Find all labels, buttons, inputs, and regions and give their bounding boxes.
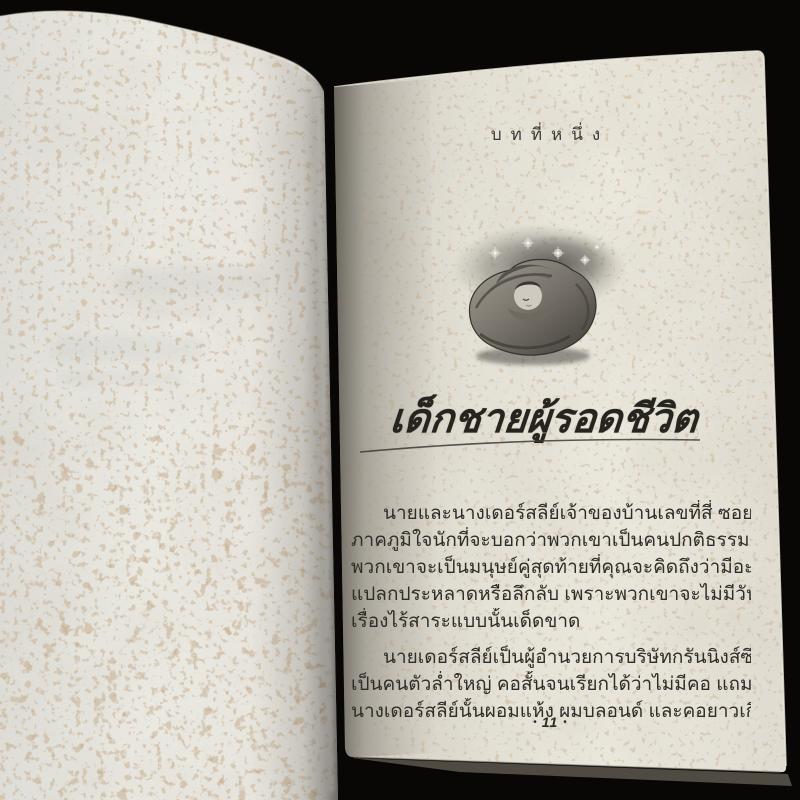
text-line: ภาคภูมิใจนักที่จะบอกว่าพวกเขาเป็นคนปกติธ…: [351, 527, 751, 554]
text-line: แปลกประหลาดหรือลึกลับ เพราะพวกเขาจะไม่มี…: [351, 581, 751, 608]
page-number-dot: •: [528, 717, 542, 728]
text-line: นายและนางเดอร์สลีย์เจ้าของบ้านเลขที่สี่ …: [351, 500, 751, 527]
book-photo: บทที่หนึ่ง เด็กชายผู้รอดชีวิต นายและนางเ…: [0, 0, 800, 800]
body-text: นายและนางเดอร์สลีย์เจ้าของบ้านเลขที่สี่ …: [351, 500, 751, 725]
text-line: เรื่องไร้สาระแบบนั้นเด็ดขาด: [351, 608, 751, 635]
page-number-dot: •: [558, 717, 572, 728]
left-page: [0, 11, 338, 800]
page-number-value: 11: [542, 714, 559, 730]
text-line: นายเดอร์สลีย์เป็นผู้อำนวยการบริษัทกรันนิ…: [351, 644, 751, 671]
title-underline: [352, 428, 708, 456]
chapter-header: บทที่หนึ่ง: [352, 121, 748, 148]
paragraph: นายเดอร์สลีย์เป็นผู้อำนวยการบริษัทกรันนิ…: [351, 644, 751, 725]
text-line: เป็นคนตัวล่ำใหญ่ คอสั้นจนเรียกได้ว่าไม่ม…: [351, 671, 751, 698]
page-number: •11•: [352, 714, 748, 730]
illustration-area: [438, 220, 643, 372]
text-line: พวกเขาจะเป็นมนุษย์คู่สุดท้ายที่คุณจะคิดถ…: [351, 554, 751, 581]
paragraph: นายและนางเดอร์สลีย์เจ้าของบ้านเลขที่สี่ …: [351, 500, 751, 635]
